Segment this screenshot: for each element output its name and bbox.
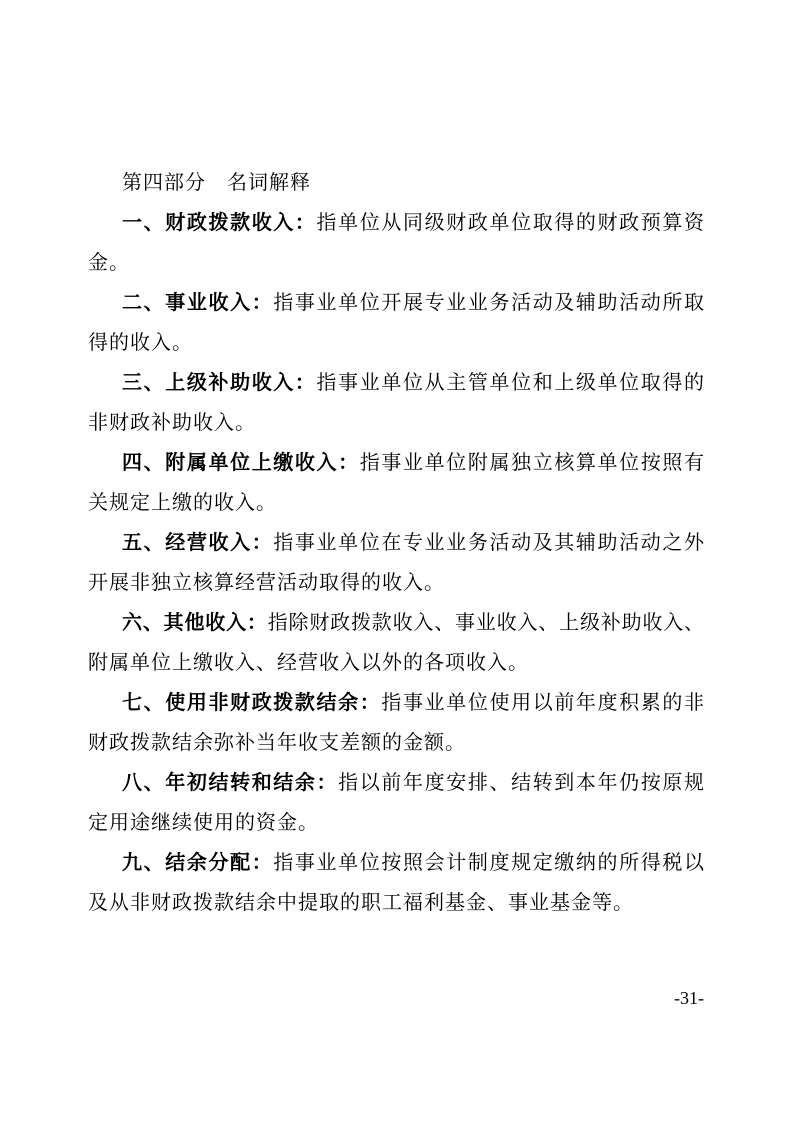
definition-line-1: 五、经营收入：指事业单位在专业业务活动及其辅助活动之外 <box>88 523 704 563</box>
definition-line-1: 二、事业收入：指事业单位开展专业业务活动及辅助活动所取 <box>88 283 704 323</box>
definition-item: 二、事业收入：指事业单位开展专业业务活动及辅助活动所取 得的收入。 <box>88 283 704 363</box>
term-definition-continued: 附属单位上缴收入、经营收入以外的各项收入。 <box>88 643 704 683</box>
definition-line-1: 三、上级补助收入：指事业单位从主管单位和上级单位取得的 <box>88 363 704 403</box>
term-definition-continued: 定用途继续使用的资金。 <box>88 803 704 843</box>
page-number: -31- <box>88 986 704 1010</box>
term-definition: 指事业单位开展专业业务活动及辅助活动所取 <box>273 292 704 314</box>
term-label: 九、结余分配： <box>122 852 273 874</box>
term-definition: 指以前年度安排、结转到本年仍按原规 <box>338 772 704 794</box>
term-definition: 指单位从同级财政单位取得的财政预算资 <box>317 212 704 234</box>
term-label: 一、财政拨款收入： <box>122 212 317 234</box>
document-body: 第四部分 名词解释 一、财政拨款收入：指单位从同级财政单位取得的财政预算资 金。… <box>88 163 704 923</box>
term-definition: 指事业单位在专业业务活动及其辅助活动之外 <box>273 532 704 554</box>
term-label: 四、附属单位上缴收入： <box>122 452 360 474</box>
definition-line-1: 六、其他收入：指除财政拨款收入、事业收入、上级补助收入、 <box>88 603 704 643</box>
term-definition-continued: 非财政补助收入。 <box>88 403 704 443</box>
term-label: 二、事业收入： <box>122 292 273 314</box>
definition-line-1: 八、年初结转和结余：指以前年度安排、结转到本年仍按原规 <box>88 763 704 803</box>
term-definition: 指事业单位按照会计制度规定缴纳的所得税以 <box>273 852 704 874</box>
definition-line-1: 九、结余分配：指事业单位按照会计制度规定缴纳的所得税以 <box>88 843 704 883</box>
term-definition: 指事业单位从主管单位和上级单位取得的 <box>317 372 704 394</box>
definition-line-1: 七、使用非财政拨款结余：指事业单位使用以前年度积累的非 <box>88 683 704 723</box>
term-definition: 指事业单位使用以前年度积累的非 <box>381 692 704 714</box>
definition-item: 四、附属单位上缴收入：指事业单位附属独立核算单位按照有 关规定上缴的收入。 <box>88 443 704 523</box>
definition-item: 五、经营收入：指事业单位在专业业务活动及其辅助活动之外 开展非独立核算经营活动取… <box>88 523 704 603</box>
term-label: 六、其他收入： <box>122 612 268 634</box>
term-definition-continued: 得的收入。 <box>88 323 704 363</box>
term-definition-continued: 金。 <box>88 243 704 283</box>
term-label: 三、上级补助收入： <box>122 372 317 394</box>
term-label: 八、年初结转和结余： <box>122 772 338 794</box>
term-label: 五、经营收入： <box>122 532 273 554</box>
document-page: { "page": { "heading": "第四部分 名词解释", "pag… <box>0 0 793 1122</box>
term-definition-continued: 开展非独立核算经营活动取得的收入。 <box>88 563 704 603</box>
definition-item: 七、使用非财政拨款结余：指事业单位使用以前年度积累的非 财政拨款结余弥补当年收支… <box>88 683 704 763</box>
definition-item: 三、上级补助收入：指事业单位从主管单位和上级单位取得的 非财政补助收入。 <box>88 363 704 443</box>
term-definition: 指事业单位附属独立核算单位按照有 <box>360 452 704 474</box>
definition-line-1: 一、财政拨款收入：指单位从同级财政单位取得的财政预算资 <box>88 203 704 243</box>
term-definition-continued: 及从非财政拨款结余中提取的职工福利基金、事业基金等。 <box>88 883 704 923</box>
definition-item: 六、其他收入：指除财政拨款收入、事业收入、上级补助收入、 附属单位上缴收入、经营… <box>88 603 704 683</box>
term-definition: 指除财政拨款收入、事业收入、上级补助收入、 <box>268 612 704 634</box>
definition-item: 一、财政拨款收入：指单位从同级财政单位取得的财政预算资 金。 <box>88 203 704 283</box>
term-definition-continued: 财政拨款结余弥补当年收支差额的金额。 <box>88 723 704 763</box>
term-definition-continued: 关规定上缴的收入。 <box>88 483 704 523</box>
term-label: 七、使用非财政拨款结余： <box>122 692 381 714</box>
section-heading: 第四部分 名词解释 <box>88 163 704 203</box>
definition-line-1: 四、附属单位上缴收入：指事业单位附属独立核算单位按照有 <box>88 443 704 483</box>
definition-item: 九、结余分配：指事业单位按照会计制度规定缴纳的所得税以 及从非财政拨款结余中提取… <box>88 843 704 923</box>
definition-item: 八、年初结转和结余：指以前年度安排、结转到本年仍按原规 定用途继续使用的资金。 <box>88 763 704 843</box>
